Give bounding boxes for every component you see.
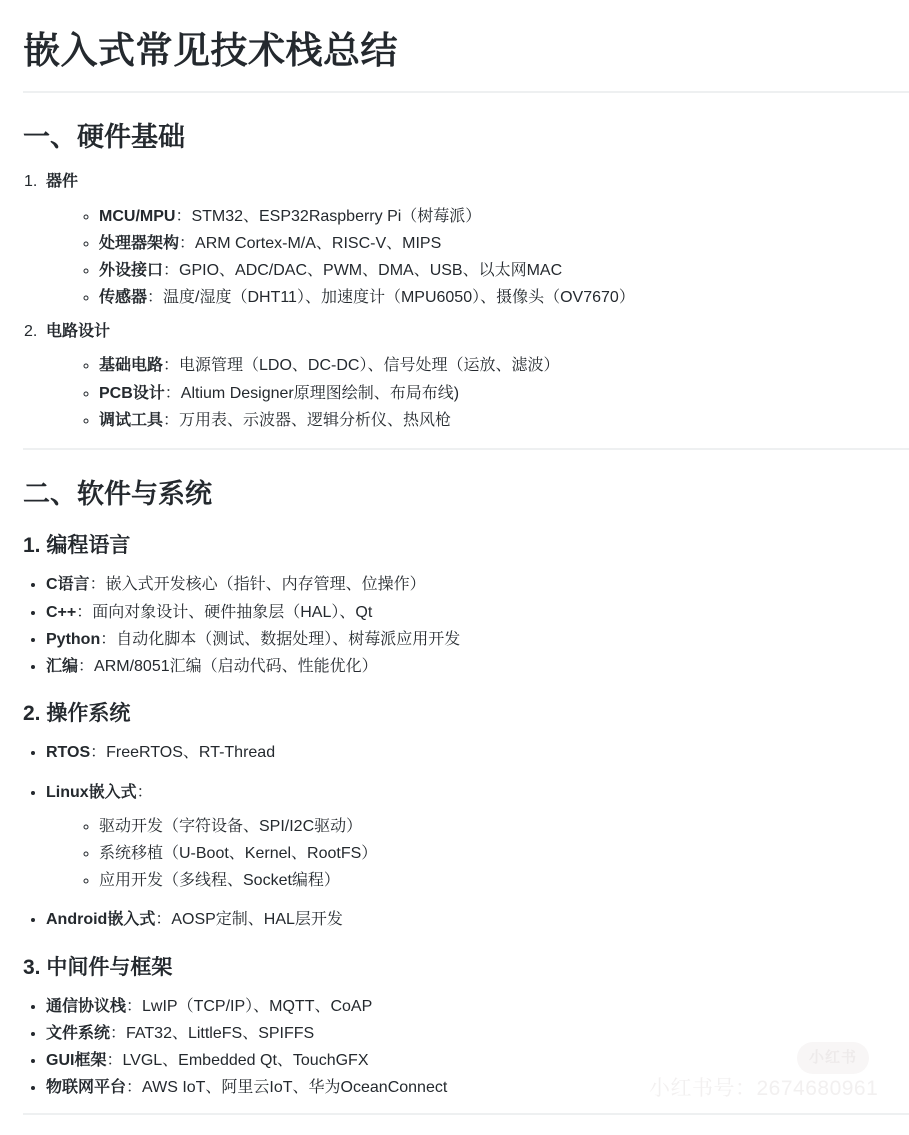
list-item-desc: ：ARM/8051汇编（启动代码、性能优化） — [78, 658, 378, 675]
list-item-term: MCU/MPU — [99, 208, 175, 225]
nested-list: 基础电路：电源管理（LDO、DC-DC）、信号处理（运放、滤波） PCB设计：A… — [46, 352, 909, 434]
list-item-term: C++ — [46, 604, 76, 621]
list-item-desc: ：AOSP定制、HAL层开发 — [155, 911, 343, 928]
list-item-desc: ：GPIO、ADC/DAC、PWM、DMA、USB、以太网MAC — [163, 262, 562, 279]
list-item-term: 电路设计 — [46, 323, 110, 340]
list-item-term: 文件系统 — [46, 1025, 110, 1042]
ordered-item-number: 1. — [24, 168, 37, 195]
list-item: Android嵌入式：AOSP定制、HAL层开发 — [46, 906, 909, 933]
list-item-desc: ：ARM Cortex-M/A、RISC-V、MIPS — [179, 235, 441, 252]
list-item-term: 基础电路 — [99, 357, 163, 374]
ordered-item-number: 2. — [24, 318, 37, 345]
list-item-desc: ：面向对象设计、硬件抽象层（HAL）、Qt — [76, 604, 372, 621]
list-item-term: 外设接口 — [99, 262, 163, 279]
list-item-term: Linux嵌入式 — [46, 784, 137, 801]
page-title: 嵌入式常见技术栈总结 — [23, 28, 909, 93]
list-item-term: 通信协议栈 — [46, 998, 126, 1015]
list-item-term: 调试工具 — [99, 412, 163, 429]
list-item-desc: 系统移植（U-Boot、Kernel、RootFS） — [99, 845, 377, 862]
list-item: C++：面向对象设计、硬件抽象层（HAL）、Qt — [46, 599, 909, 626]
list-item-desc: ：LwIP（TCP/IP）、MQTT、CoAP — [126, 998, 372, 1015]
list-item-term: Python — [46, 631, 100, 648]
languages-list: C语言：嵌入式开发核心（指针、内存管理、位操作） C++：面向对象设计、硬件抽象… — [23, 571, 909, 680]
nested-list: MCU/MPU：STM32、ESP32Raspberry Pi（树莓派） 处理器… — [46, 203, 909, 312]
bottom-divider — [23, 1113, 909, 1115]
list-item-desc: 应用开发（多线程、Socket编程） — [99, 872, 340, 889]
list-item-desc: ：AWS IoT、阿里云IoT、华为OceanConnect — [126, 1079, 447, 1096]
list-item: 通信协议栈：LwIP（TCP/IP）、MQTT、CoAP — [46, 993, 909, 1020]
list-item-desc: ：Altium Designer原理图绘制、布局布线) — [165, 385, 459, 402]
list-item-desc: ：FreeRTOS、RT-Thread — [90, 744, 275, 761]
list-item-desc: ：LVGL、Embedded Qt、TouchGFX — [106, 1052, 368, 1069]
list-item: Python：自动化脚本（测试、数据处理）、树莓派应用开发 — [46, 626, 909, 653]
list-item: 处理器架构：ARM Cortex-M/A、RISC-V、MIPS — [99, 230, 909, 257]
subsection-languages-heading: 1. 编程语言 — [23, 532, 909, 559]
xiaohongshu-logo-badge: 小红书 — [797, 1042, 869, 1074]
subsection-os-heading: 2. 操作系统 — [23, 700, 909, 727]
list-item: MCU/MPU：STM32、ESP32Raspberry Pi（树莓派） — [99, 203, 909, 230]
list-item-desc: ：自动化脚本（测试、数据处理）、树莓派应用开发 — [100, 631, 460, 648]
list-item: 驱动开发（字符设备、SPI/I2C驱动） — [99, 813, 909, 840]
list-item: 1. 器件 MCU/MPU：STM32、ESP32Raspberry Pi（树莓… — [46, 168, 909, 311]
document-page: 嵌入式常见技术栈总结 一、硬件基础 1. 器件 MCU/MPU：STM32、ES… — [0, 0, 909, 1135]
list-item-term: GUI框架 — [46, 1052, 106, 1069]
list-item-desc: ：温度/湿度（DHT11）、加速度计（MPU6050）、摄像头（OV7670） — [147, 289, 635, 306]
list-item-term: 汇编 — [46, 658, 78, 675]
list-item-term: 传感器 — [99, 289, 147, 306]
list-item: 2. 电路设计 基础电路：电源管理（LDO、DC-DC）、信号处理（运放、滤波）… — [46, 318, 909, 434]
list-item-term: RTOS — [46, 744, 90, 761]
list-item-term: PCB设计 — [99, 385, 165, 402]
list-item: PCB设计：Altium Designer原理图绘制、布局布线) — [99, 380, 909, 407]
list-item: 调试工具：万用表、示波器、逻辑分析仪、热风枪 — [99, 407, 909, 434]
section-divider — [23, 448, 909, 450]
list-item: GUI框架：LVGL、Embedded Qt、TouchGFX — [46, 1047, 909, 1074]
os-list: RTOS：FreeRTOS、RT-Thread Linux嵌入式： 驱动开发（字… — [23, 739, 909, 933]
list-item: C语言：嵌入式开发核心（指针、内存管理、位操作） — [46, 571, 909, 598]
list-item: 应用开发（多线程、Socket编程） — [99, 867, 909, 894]
list-item-term: 物联网平台 — [46, 1079, 126, 1096]
list-item: Linux嵌入式： 驱动开发（字符设备、SPI/I2C驱动） 系统移植（U-Bo… — [46, 779, 909, 895]
list-item: 传感器：温度/湿度（DHT11）、加速度计（MPU6050）、摄像头（OV767… — [99, 284, 909, 311]
xiaohongshu-logo-text: 小红书 — [809, 1045, 857, 1071]
list-item-desc: ：电源管理（LDO、DC-DC）、信号处理（运放、滤波） — [163, 357, 559, 374]
list-item: 外设接口：GPIO、ADC/DAC、PWM、DMA、USB、以太网MAC — [99, 257, 909, 284]
list-item-desc: ： — [137, 784, 153, 801]
list-item-desc: ：FAT32、LittleFS、SPIFFS — [110, 1025, 314, 1042]
section-software-heading: 二、软件与系统 — [23, 477, 909, 512]
list-item: 文件系统：FAT32、LittleFS、SPIFFS — [46, 1020, 909, 1047]
subsection-middleware-heading: 3. 中间件与框架 — [23, 954, 909, 981]
list-item: 汇编：ARM/8051汇编（启动代码、性能优化） — [46, 653, 909, 680]
watermark-account-id: 小红书号：2674680961 — [649, 1076, 878, 1101]
hardware-ordered-list: 1. 器件 MCU/MPU：STM32、ESP32Raspberry Pi（树莓… — [23, 168, 909, 434]
list-item-desc: ：STM32、ESP32Raspberry Pi（树莓派） — [175, 208, 481, 225]
list-item-desc: ：嵌入式开发核心（指针、内存管理、位操作） — [90, 576, 426, 593]
list-item: RTOS：FreeRTOS、RT-Thread — [46, 739, 909, 766]
nested-list: 驱动开发（字符设备、SPI/I2C驱动） 系统移植（U-Boot、Kernel、… — [46, 813, 909, 895]
section-hardware-heading: 一、硬件基础 — [23, 120, 909, 155]
list-item: 系统移植（U-Boot、Kernel、RootFS） — [99, 840, 909, 867]
list-item-term: 器件 — [46, 173, 78, 190]
list-item-term: 处理器架构 — [99, 235, 179, 252]
list-item-desc: 驱动开发（字符设备、SPI/I2C驱动） — [99, 818, 362, 835]
list-item-term: Android嵌入式 — [46, 911, 155, 928]
list-item: 基础电路：电源管理（LDO、DC-DC）、信号处理（运放、滤波） — [99, 352, 909, 379]
list-item-desc: ：万用表、示波器、逻辑分析仪、热风枪 — [163, 412, 451, 429]
list-item-term: C语言 — [46, 576, 90, 593]
